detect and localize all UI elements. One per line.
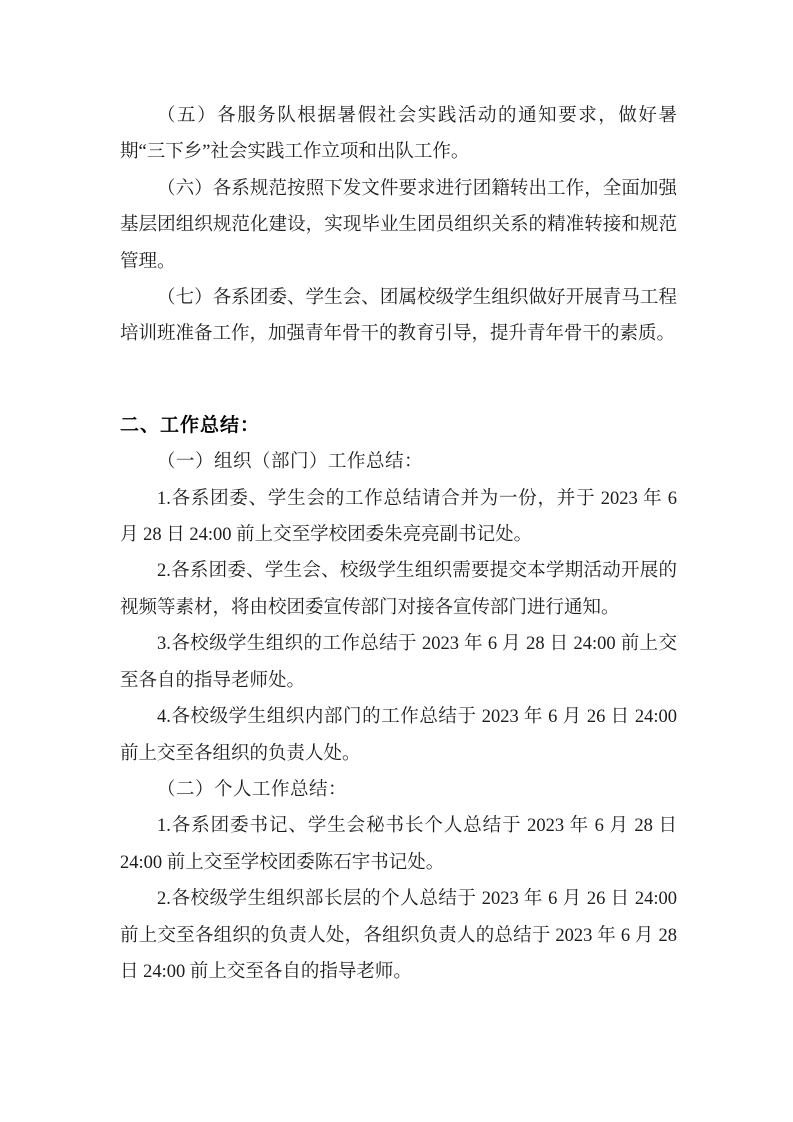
paragraph: 3.各校级学生组织的工作总结于 2023 年 6 月 28 日 24:00 前上… — [120, 626, 677, 699]
paragraph: 1.各系团委书记、学生会秘书长个人总结于 2023 年 6 月 28 日 24:… — [120, 808, 677, 881]
paragraph: 1.各系团委、学生会的工作总结请合并为一份，并于 2023 年 6 月 28 日… — [120, 481, 677, 554]
paragraph: （五）各服务队根据暑假社会实践活动的通知要求，做好暑期“三下乡”社会实践工作立项… — [120, 98, 677, 171]
paragraph: （六）各系规范按照下发文件要求进行团籍转出工作，全面加强基层团组织规范化建设，实… — [120, 171, 677, 280]
document-body: （五）各服务队根据暑假社会实践活动的通知要求，做好暑期“三下乡”社会实践工作立项… — [120, 98, 677, 990]
paragraph: 2.各校级学生组织部长层的个人总结于 2023 年 6 月 26 日 24:00… — [120, 881, 677, 990]
document-page: （五）各服务队根据暑假社会实践活动的通知要求，做好暑期“三下乡”社会实践工作立项… — [0, 0, 793, 1122]
subsection-heading: （一）组织（部门）工作总结： — [120, 444, 677, 480]
paragraph: 4.各校级学生组织内部门的工作总结于 2023 年 6 月 26 日 24:00… — [120, 699, 677, 772]
paragraph: （七）各系团委、学生会、团属校级学生组织做好开展青马工程培训班准备工作，加强青年… — [120, 280, 677, 353]
paragraph: 2.各系团委、学生会、校级学生组织需要提交本学期活动开展的视频等素材，将由校团委… — [120, 553, 677, 626]
subsection-heading: （二）个人工作总结： — [120, 772, 677, 808]
section-heading: 二、工作总结： — [120, 408, 677, 444]
